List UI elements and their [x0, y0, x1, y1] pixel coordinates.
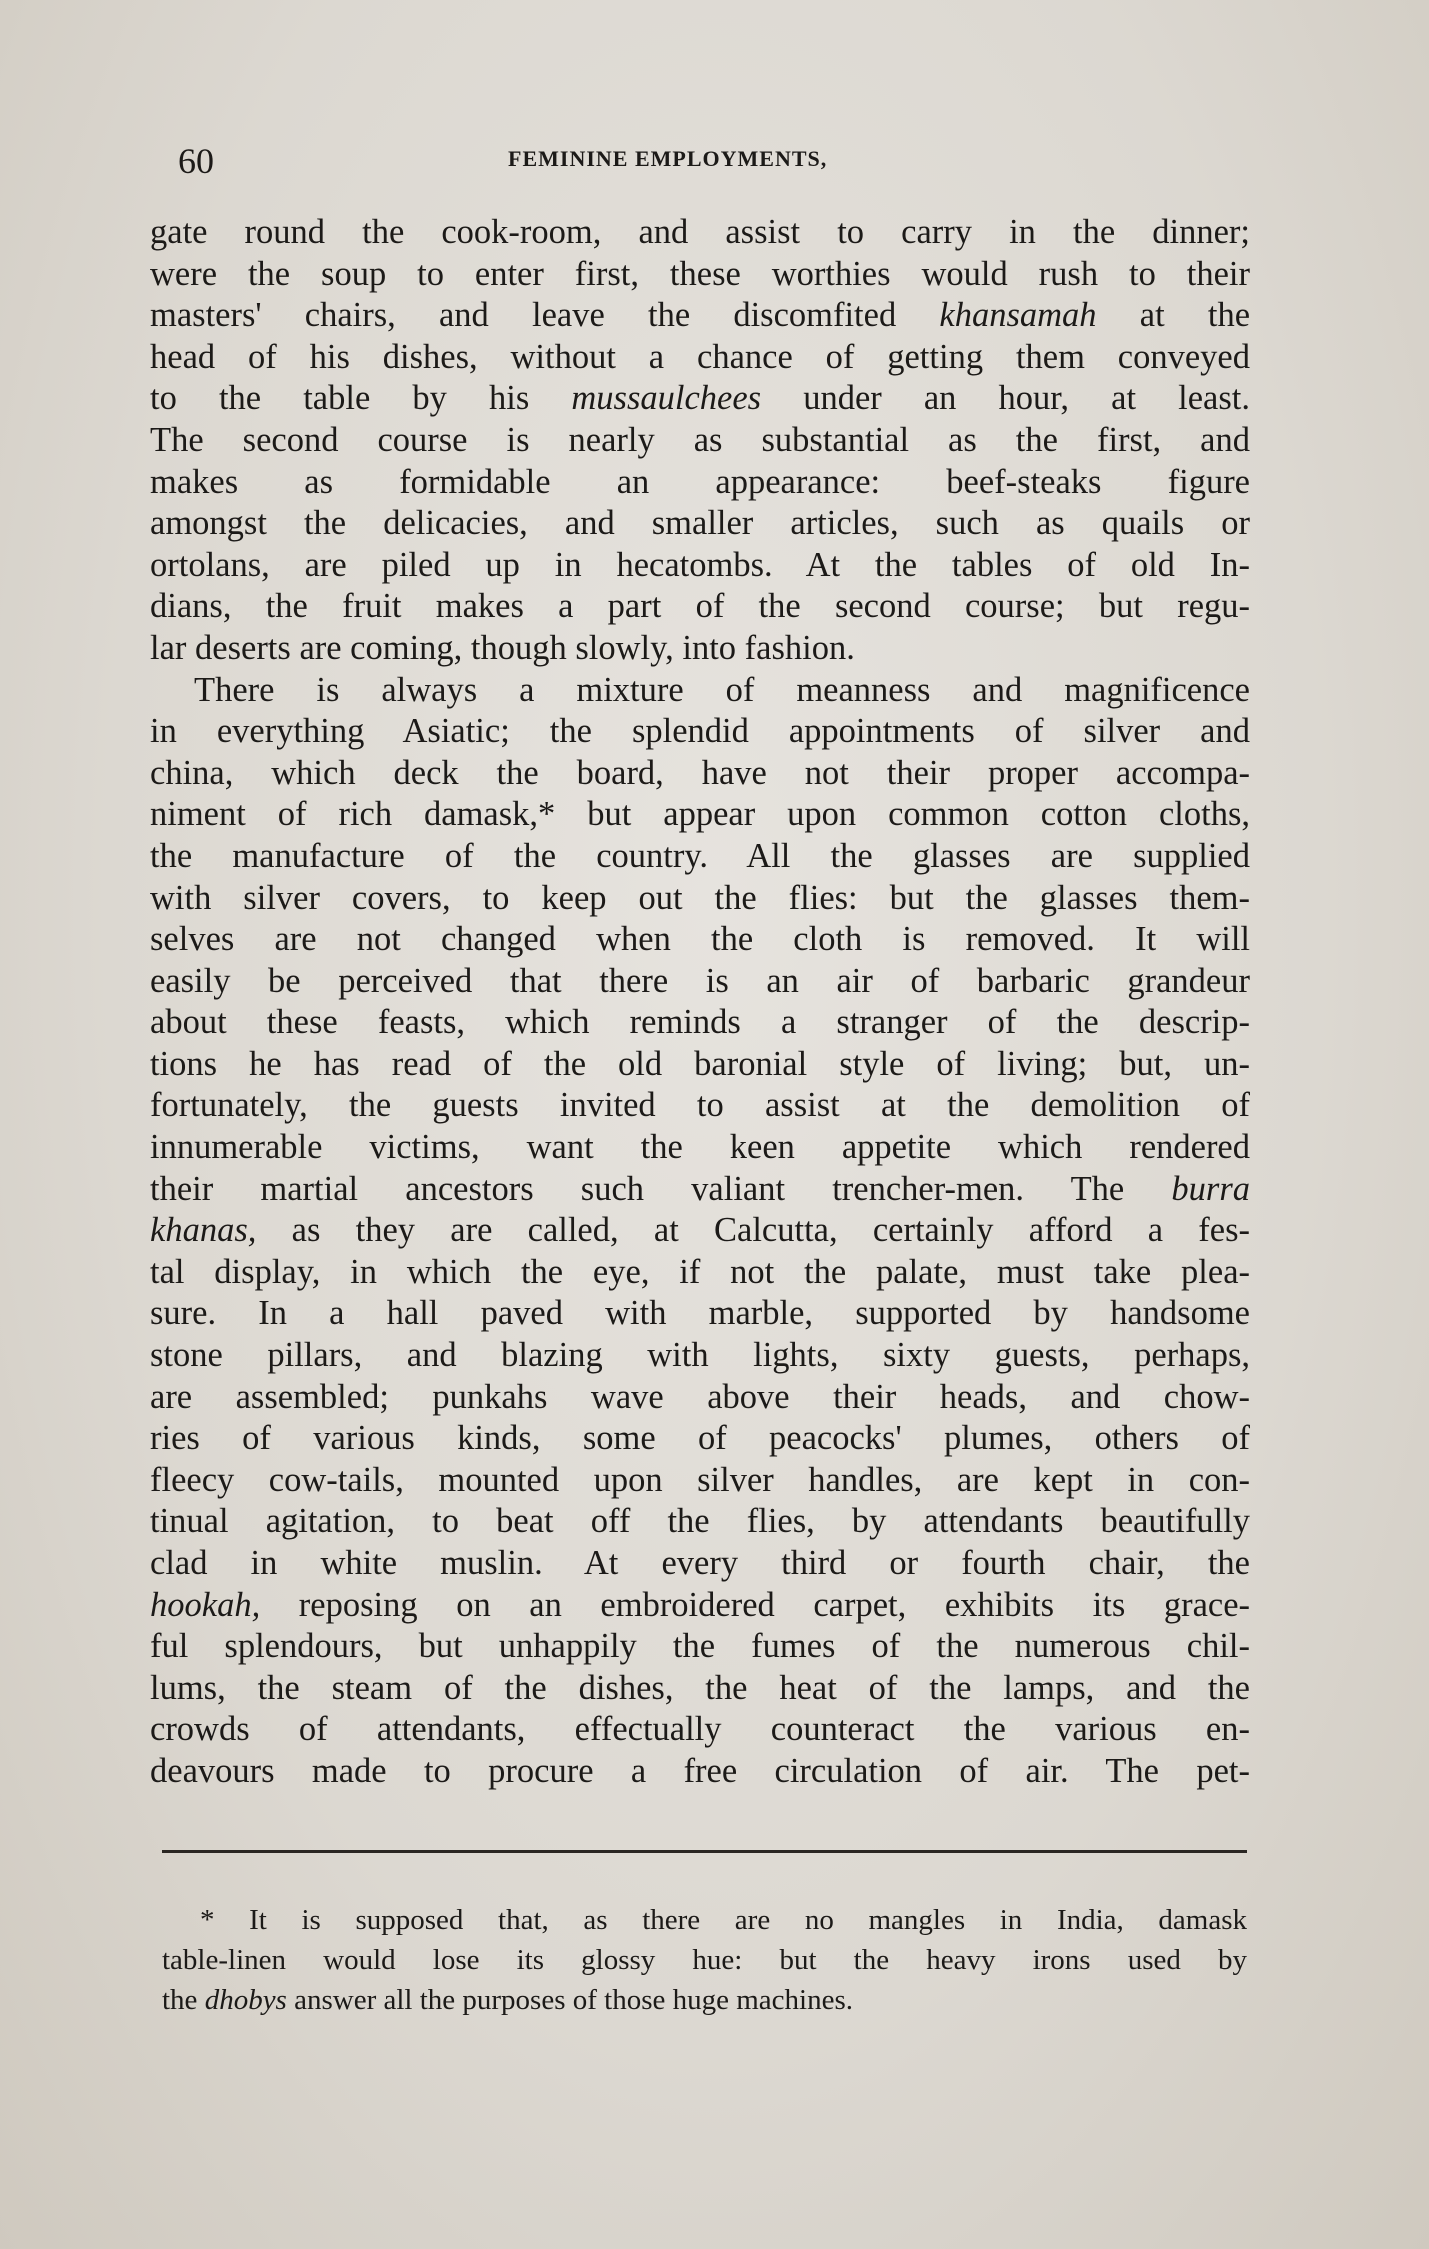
book-page: 60 FEMININE EMPLOYMENTS, gate round the … — [0, 0, 1429, 2249]
body-line: selves are not changed when the cloth is… — [150, 919, 1250, 961]
body-line: lums, the steam of the dishes, the heat … — [150, 1668, 1250, 1710]
body-line: gate round the cook-room, and assist to … — [150, 212, 1250, 254]
body-line: The second course is nearly as substanti… — [150, 420, 1250, 462]
footnote: * It is supposed that, as there are no m… — [162, 1900, 1247, 2020]
body-line: were the soup to enter first, these wort… — [150, 254, 1250, 296]
body-line: clad in white muslin. At every third or … — [150, 1543, 1250, 1585]
body-line: crowds of attendants, effectually counte… — [150, 1709, 1250, 1751]
body-line: in everything Asiatic; the splendid appo… — [150, 711, 1250, 753]
page-header: 60 FEMININE EMPLOYMENTS, — [178, 140, 1248, 190]
body-line: are assembled; punkahs wave above their … — [150, 1377, 1250, 1419]
page-number: 60 — [178, 140, 214, 182]
body-line: with silver covers, to keep out the flie… — [150, 878, 1250, 920]
body-line: khanas, as they are called, at Calcutta,… — [150, 1210, 1250, 1252]
footnote-line: table-linen would lose its glossy hue: b… — [162, 1940, 1247, 1980]
footnote-line: the dhobys answer all the purposes of th… — [162, 1980, 1247, 2020]
body-line: sure. In a hall paved with marble, suppo… — [150, 1293, 1250, 1335]
italic-term: dhobys — [205, 1984, 287, 2016]
italic-term: khanas, — [150, 1211, 256, 1249]
body-line: china, which deck the board, have not th… — [150, 753, 1250, 795]
body-line: stone pillars, and blazing with lights, … — [150, 1335, 1250, 1377]
body-line: tinual agitation, to beat off the flies,… — [150, 1501, 1250, 1543]
body-line: their martial ancestors such valiant tre… — [150, 1169, 1250, 1211]
body-line: niment of rich damask,* but appear upon … — [150, 794, 1250, 836]
footnote-line: * It is supposed that, as there are no m… — [162, 1900, 1247, 1940]
italic-term: khansamah — [939, 296, 1096, 334]
body-line: tal display, in which the eye, if not th… — [150, 1252, 1250, 1294]
body-line: the manufacture of the country. All the … — [150, 836, 1250, 878]
body-line: deavours made to procure a free circulat… — [150, 1751, 1250, 1793]
body-line: head of his dishes, without a chance of … — [150, 337, 1250, 379]
italic-term: burra — [1171, 1170, 1250, 1208]
body-line: fleecy cow-tails, mounted upon silver ha… — [150, 1460, 1250, 1502]
body-line: to the table by his mussaulchees under a… — [150, 378, 1250, 420]
footnote-rule — [162, 1850, 1247, 1853]
italic-term: mussaulchees — [571, 379, 761, 417]
italic-term: hookah, — [150, 1586, 260, 1624]
body-line: innumerable victims, want the keen appet… — [150, 1127, 1250, 1169]
body-line: There is always a mixture of meanness an… — [150, 670, 1250, 712]
body-line: tions he has read of the old baronial st… — [150, 1044, 1250, 1086]
body-line: makes as formidable an appearance: beef-… — [150, 462, 1250, 504]
body-line: dians, the fruit makes a part of the sec… — [150, 586, 1250, 628]
running-head: FEMININE EMPLOYMENTS, — [508, 146, 827, 172]
body-line: amongst the delicacies, and smaller arti… — [150, 503, 1250, 545]
body-line: lar deserts are coming, though slowly, i… — [150, 628, 1250, 670]
body-line: fortunately, the guests invited to assis… — [150, 1085, 1250, 1127]
body-line: ries of various kinds, some of peacocks'… — [150, 1418, 1250, 1460]
body-line: ortolans, are piled up in hecatombs. At … — [150, 545, 1250, 587]
body-line: masters' chairs, and leave the discomfit… — [150, 295, 1250, 337]
body-text: gate round the cook-room, and assist to … — [150, 212, 1250, 1793]
body-line: hookah, reposing on an embroidered carpe… — [150, 1585, 1250, 1627]
body-line: easily be perceived that there is an air… — [150, 961, 1250, 1003]
body-line: about these feasts, which reminds a stra… — [150, 1002, 1250, 1044]
body-line: ful splendours, but unhappily the fumes … — [150, 1626, 1250, 1668]
